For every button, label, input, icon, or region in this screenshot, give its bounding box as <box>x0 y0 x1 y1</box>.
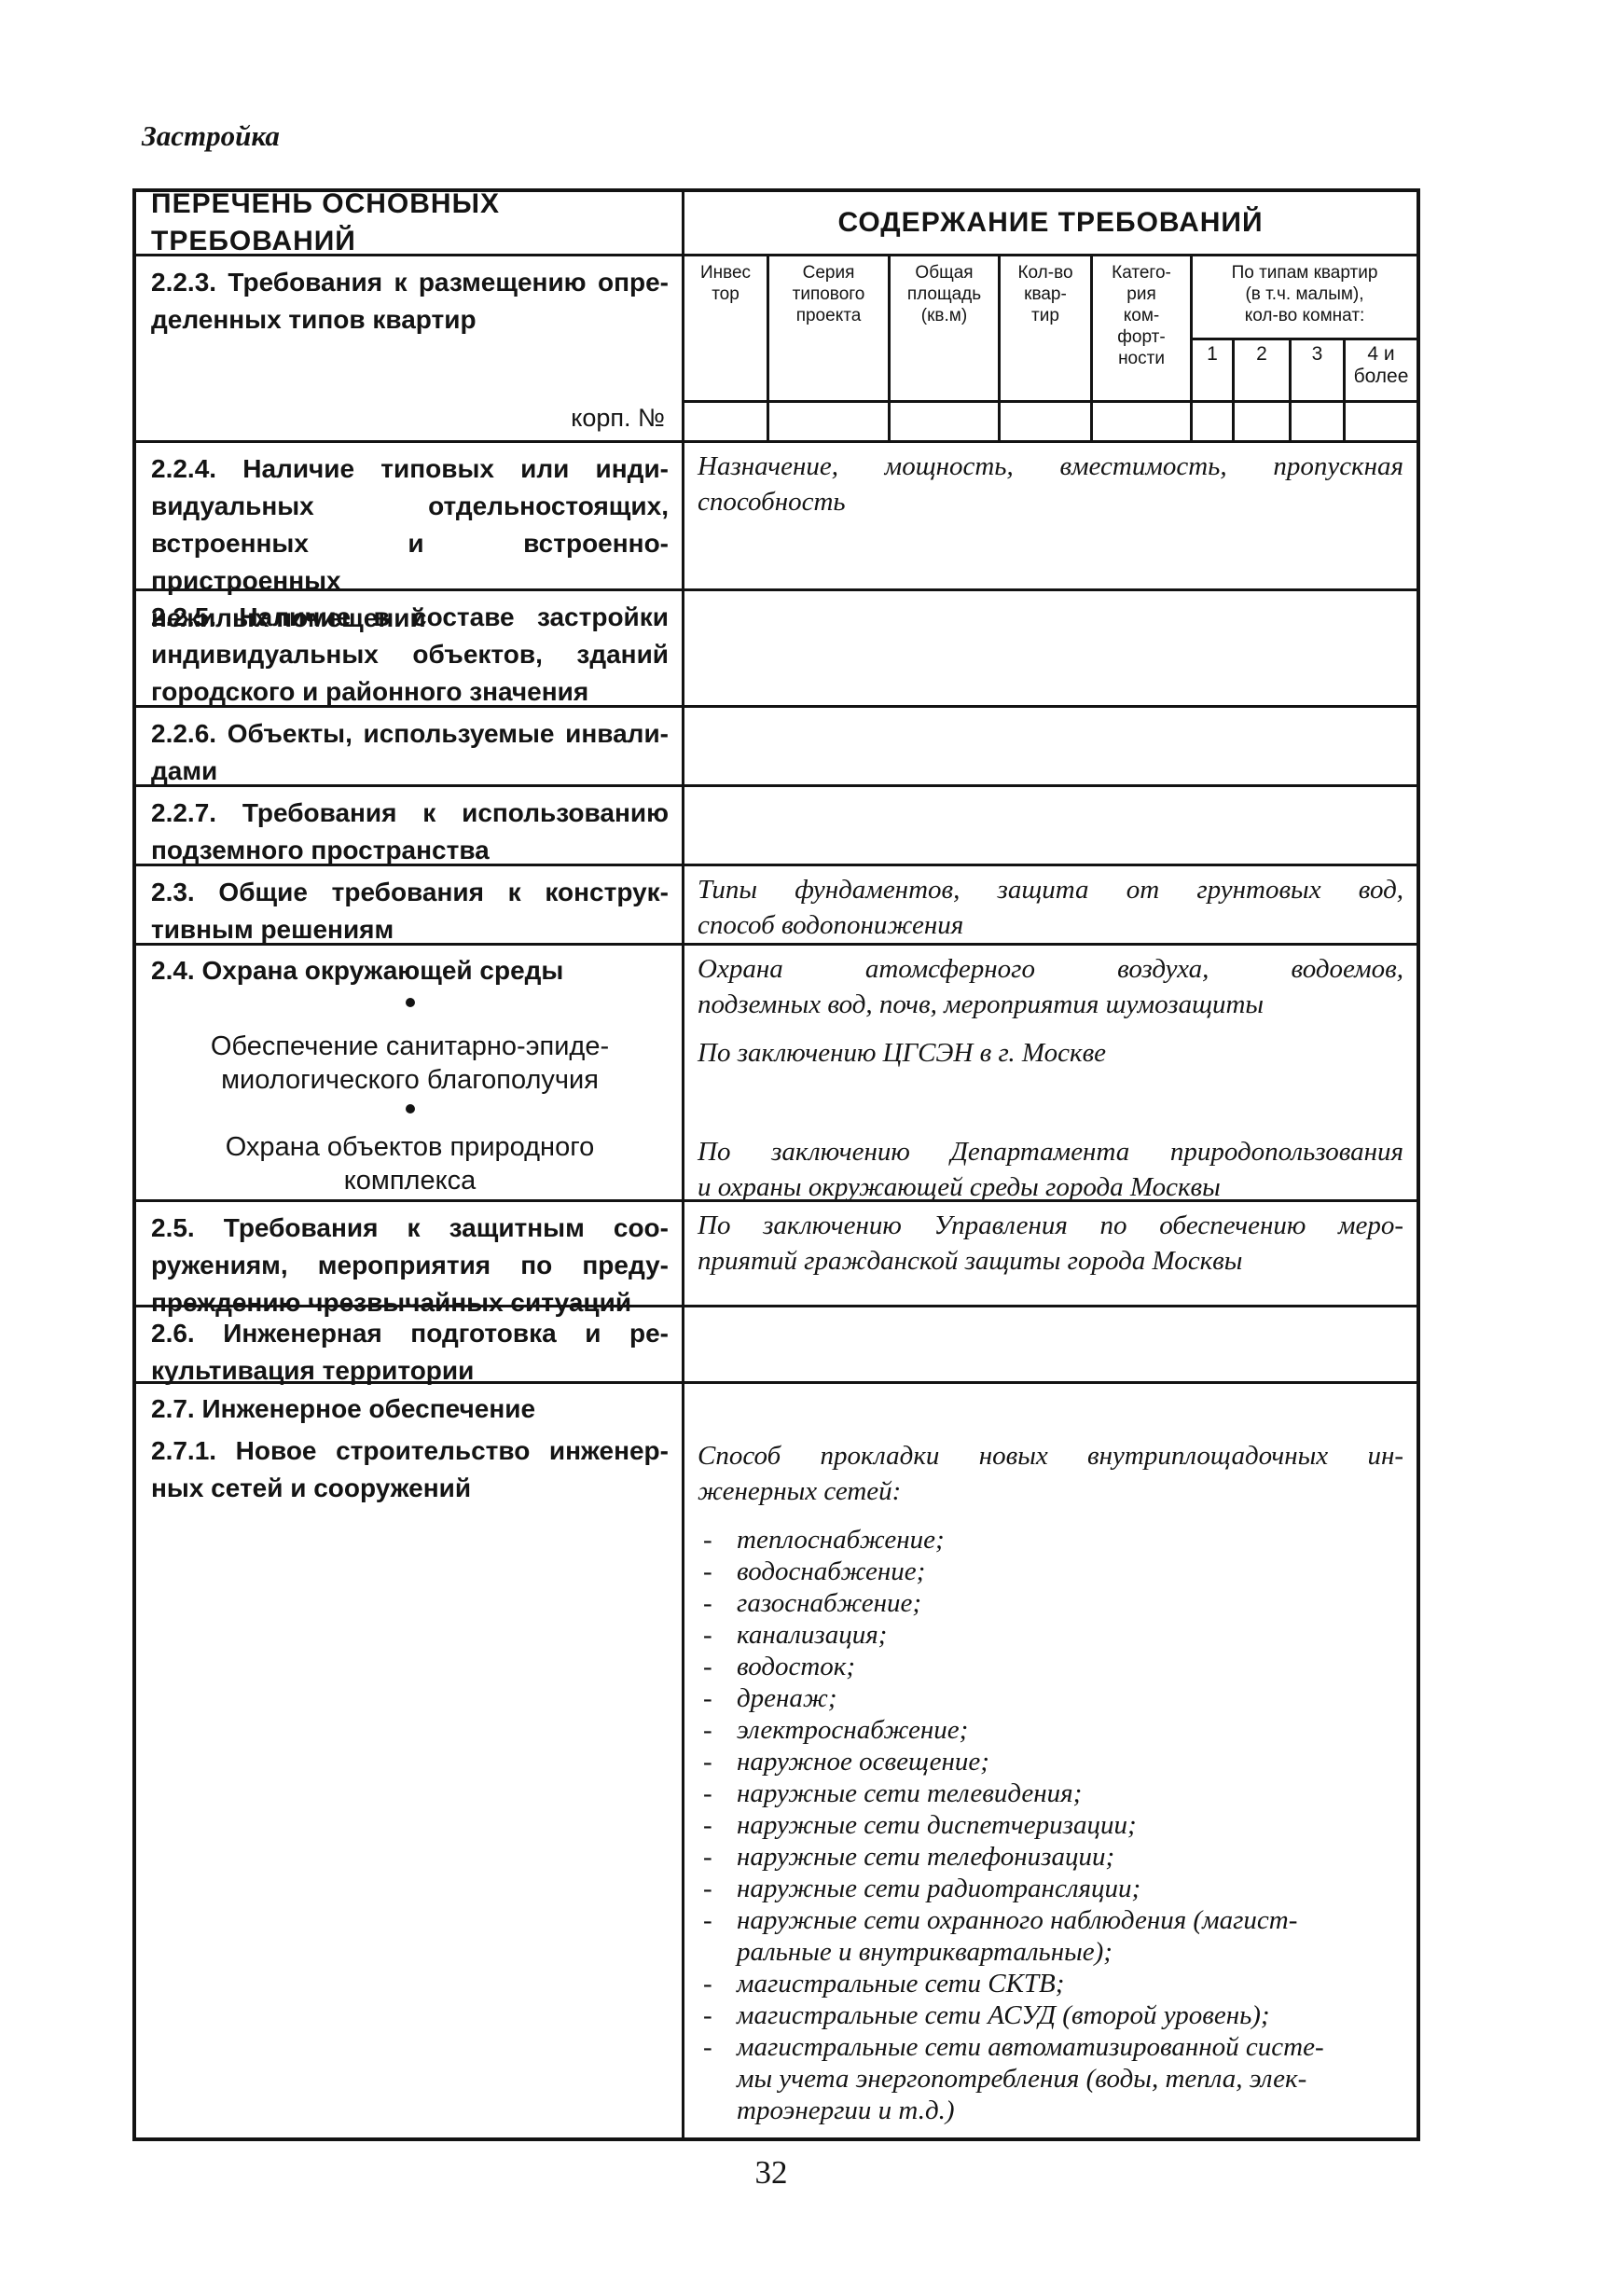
table-row: 2.2.6. Объекты, используемые инвали-дами <box>136 705 1417 784</box>
text-line: тивным решениям <box>151 911 669 948</box>
row-27-right: Способ прокладки новых внутриплощадочных… <box>682 1384 1417 2137</box>
corp-number-label: корп. № <box>571 399 665 436</box>
list-item: газоснабжение; <box>698 1587 1403 1619</box>
subtable-empty-cell <box>767 400 888 440</box>
subtable-header-cell: Инвес тор <box>684 256 767 400</box>
table-row: 2.3. Общие требования к конструк-тивным … <box>136 864 1417 943</box>
row-224-right-text: Назначение, мощность, вместимость, пропу… <box>698 449 1403 519</box>
header-cell-right: СОДЕРЖАНИЕ ТРЕБОВАНИЙ <box>682 192 1417 254</box>
row-23-left-text: 2.3. Общие требования к конструк-тивным … <box>151 874 669 948</box>
subtable-header-cell: Серия типового проекта <box>767 256 888 400</box>
subtable-room-count-cell: 3 <box>1289 340 1343 400</box>
page-top-label: Застройка <box>142 119 280 153</box>
row-26-left: 2.6. Инженерная подготовка и ре-культива… <box>136 1307 682 1381</box>
table-header-row: ПЕРЕЧЕНЬ ОСНОВНЫХ ТРЕБОВАНИЙ СОДЕРЖАНИЕ … <box>136 192 1417 254</box>
bullet-icon <box>406 998 415 1007</box>
page-number: 32 <box>706 2154 836 2192</box>
text-line: По заключению Департамента природопользо… <box>698 1134 1403 1169</box>
list-item: водоснабжение; <box>698 1556 1403 1587</box>
text-line: дами <box>151 753 669 790</box>
subtable-empty-cell <box>1343 400 1417 440</box>
subtable-room-count-cell: 2 <box>1232 340 1289 400</box>
row-26-left-text: 2.6. Инженерная подготовка и ре-культива… <box>151 1315 669 1390</box>
row-24-right-p3: По заключению Департамента природопользо… <box>698 1134 1403 1205</box>
row-24-subitem-sanitary: Обеспечение санитарно-эпиде-миологическо… <box>151 1030 669 1097</box>
subtable-empty-cell <box>1232 400 1289 440</box>
text-line: Охрана объектов природного <box>151 1130 669 1164</box>
text-line: По заключению ЦГСЭН в г. Москве <box>698 1035 1403 1071</box>
row-224-left: 2.2.4. Наличие типовых или инди-видуальн… <box>136 443 682 588</box>
row-226-left: 2.2.6. Объекты, используемые инвали-дами <box>136 708 682 784</box>
table-row: 2.6. Инженерная подготовка и ре-культива… <box>136 1305 1417 1381</box>
row-25-left-text: 2.5. Требования к защитным соо-ружениям,… <box>151 1210 669 1321</box>
text-line: По заключению Управления по обеспечению … <box>698 1208 1403 1243</box>
list-item: наружные сети диспетчеризации; <box>698 1809 1403 1841</box>
subtable-empty-cell <box>1090 400 1190 440</box>
text-line: Способ прокладки новых внутриплощадочных… <box>698 1438 1403 1473</box>
list-item: водосток; <box>698 1651 1403 1682</box>
text-line: Типы фундаментов, защита от грунтовых во… <box>698 872 1403 907</box>
text-line: способ водопонижения <box>698 907 1403 943</box>
row-27-left: 2.7. Инженерное обеспечение 2.7.1. Новое… <box>136 1384 682 2137</box>
list-item: наружные сети охранного наблюдения (маги… <box>698 1904 1403 1968</box>
text-line: Назначение, мощность, вместимость, пропу… <box>698 449 1403 484</box>
row-223-left-text: 2.2.3. Требования к размещению опре-деле… <box>151 264 669 339</box>
text-line: 2.7.1. Новое строительство инженер- <box>151 1432 669 1470</box>
list-item: наружные сети телевидения; <box>698 1777 1403 1809</box>
text-line: видуальных отдельностоящих, <box>151 488 669 525</box>
text-line: 2.5. Требования к защитным соо- <box>151 1210 669 1247</box>
row-227-left: 2.2.7. Требования к использованиюподземн… <box>136 787 682 864</box>
list-item: теплоснабжение; <box>698 1524 1403 1556</box>
row-227-right <box>682 787 1417 864</box>
row-24-left: 2.4. Охрана окружающей среды Обеспечение… <box>136 946 682 1199</box>
subtable-empty-cell <box>888 400 998 440</box>
row-226-left-text: 2.2.6. Объекты, используемые инвали-дами <box>151 715 669 790</box>
row-227-left-text: 2.2.7. Требования к использованиюподземн… <box>151 795 669 869</box>
row-24-right-p1: Охрана атомсферного воздуха, водоемов,по… <box>698 951 1403 1022</box>
text-line: 2.3. Общие требования к конструк- <box>151 874 669 911</box>
row-25-right: По заключению Управления по обеспечению … <box>682 1202 1417 1305</box>
subtable-header-cell: Кол-во квар- тир <box>998 256 1090 400</box>
text-line: способность <box>698 484 1403 519</box>
table-row: 2.5. Требования к защитным соо-ружениям,… <box>136 1199 1417 1305</box>
text-line: встроенных и встроенно-пристроенных <box>151 525 669 600</box>
text-line: подземного пространства <box>151 832 669 869</box>
apartments-subtable: Инвес торСерия типового проектаОбщая пло… <box>684 256 1417 440</box>
text-line: 2.2.5. Наличие в составе застройки <box>151 599 669 636</box>
text-line: городского и районного значения <box>151 673 669 711</box>
subtable-header-cell: Общая площадь (кв.м) <box>888 256 998 400</box>
row-226-right <box>682 708 1417 784</box>
subtable-group-header: По типам квартир (в т.ч. малым), кол-во … <box>1190 256 1417 340</box>
row-23-left: 2.3. Общие требования к конструк-тивным … <box>136 866 682 943</box>
table-row: 2.2.3. Требования к размещению опре-деле… <box>136 254 1417 440</box>
row-23-right-text: Типы фундаментов, защита от грунтовых во… <box>698 872 1403 943</box>
row-26-right <box>682 1307 1417 1381</box>
list-item: электроснабжение; <box>698 1714 1403 1746</box>
row-271-right-intro: Способ прокладки новых внутриплощадочных… <box>698 1438 1403 1509</box>
table-row: 2.2.5. Наличие в составе застройкииндиви… <box>136 588 1417 705</box>
row-23-right: Типы фундаментов, защита от грунтовых во… <box>682 866 1417 943</box>
table-row: 2.2.7. Требования к использованиюподземн… <box>136 784 1417 864</box>
list-item: наружные сети радиотрансляции; <box>698 1873 1403 1904</box>
document-page: Застройка ПЕРЕЧЕНЬ ОСНОВНЫХ ТРЕБОВАНИЙ С… <box>0 0 1617 2296</box>
row-24-right: Охрана атомсферного воздуха, водоемов,по… <box>682 946 1417 1199</box>
list-item: магистральные сети автоматизированной си… <box>698 2031 1403 2126</box>
row-223-right: Инвес торСерия типового проектаОбщая пло… <box>682 256 1417 440</box>
text-line: индивидуальных объектов, зданий <box>151 636 669 673</box>
row-225-right <box>682 591 1417 705</box>
subtable-empty-cell <box>1289 400 1343 440</box>
bullet-icon <box>406 1104 415 1113</box>
list-item: дренаж; <box>698 1682 1403 1714</box>
subtable-room-count-cell: 4 и более <box>1343 340 1417 400</box>
text-line: Охрана атомсферного воздуха, водоемов, <box>698 951 1403 987</box>
subtable-empty-cell <box>684 400 767 440</box>
table-row: 2.7. Инженерное обеспечение 2.7.1. Новое… <box>136 1381 1417 2137</box>
text-line: комплекса <box>151 1164 669 1197</box>
text-line: 2.2.4. Наличие типовых или инди- <box>151 450 669 488</box>
row-271-left-text: 2.7.1. Новое строительство инженер-ных с… <box>151 1432 669 1507</box>
text-line: ных сетей и сооружений <box>151 1470 669 1507</box>
row-24-title: 2.4. Охрана окружающей среды <box>151 953 669 989</box>
networks-list: теплоснабжение;водоснабжение;газоснабжен… <box>698 1524 1403 2126</box>
table-row: 2.4. Охрана окружающей среды Обеспечение… <box>136 943 1417 1199</box>
text-line: приятий гражданской защиты города Москвы <box>698 1243 1403 1279</box>
text-line: ружениям, мероприятия по преду- <box>151 1247 669 1284</box>
text-line: 2.6. Инженерная подготовка и ре- <box>151 1315 669 1352</box>
subtable-room-count-cell: 1 <box>1190 340 1232 400</box>
row-25-right-text: По заключению Управления по обеспечению … <box>698 1208 1403 1279</box>
subtable-empty-cell <box>998 400 1090 440</box>
row-225-left-text: 2.2.5. Наличие в составе застройкииндиви… <box>151 599 669 711</box>
text-line: женерных сетей: <box>698 1473 1403 1509</box>
row-27-title: 2.7. Инженерное обеспечение <box>151 1391 669 1427</box>
header-cell-left: ПЕРЕЧЕНЬ ОСНОВНЫХ ТРЕБОВАНИЙ <box>136 192 682 254</box>
text-line: 2.2.3. Требования к размещению опре- <box>151 264 669 301</box>
row-223-left: 2.2.3. Требования к размещению опре-деле… <box>136 256 682 440</box>
subtable-header-cell: Катего- рия ком- форт- ности <box>1090 256 1190 400</box>
text-line: Обеспечение санитарно-эпиде- <box>151 1030 669 1063</box>
list-item: магистральные сети АСУД (второй уровень)… <box>698 1999 1403 2031</box>
text-line: 2.2.7. Требования к использованию <box>151 795 669 832</box>
list-item: наружное освещение; <box>698 1746 1403 1777</box>
row-24-subitem-nature: Охрана объектов природногокомплекса <box>151 1130 669 1197</box>
text-line: 2.2.6. Объекты, используемые инвали- <box>151 715 669 753</box>
row-224-right: Назначение, мощность, вместимость, пропу… <box>682 443 1417 588</box>
table-row: 2.2.4. Наличие типовых или инди-видуальн… <box>136 440 1417 588</box>
row-225-left: 2.2.5. Наличие в составе застройкииндиви… <box>136 591 682 705</box>
requirements-table: ПЕРЕЧЕНЬ ОСНОВНЫХ ТРЕБОВАНИЙ СОДЕРЖАНИЕ … <box>132 188 1420 2141</box>
text-line: подземных вод, почв, мероприятия шумозащ… <box>698 987 1403 1022</box>
list-item: наружные сети телефонизации; <box>698 1841 1403 1873</box>
row-24-right-p2: По заключению ЦГСЭН в г. Москве <box>698 1035 1403 1071</box>
row-25-left: 2.5. Требования к защитным соо-ружениям,… <box>136 1202 682 1305</box>
list-item: канализация; <box>698 1619 1403 1651</box>
list-item: магистральные сети СКТВ; <box>698 1968 1403 1999</box>
text-line: миологического благополучия <box>151 1063 669 1097</box>
text-line: и охраны окружающей среды города Москвы <box>698 1169 1403 1205</box>
text-line: деленных типов квартир <box>151 301 669 339</box>
subtable-empty-cell <box>1190 400 1232 440</box>
